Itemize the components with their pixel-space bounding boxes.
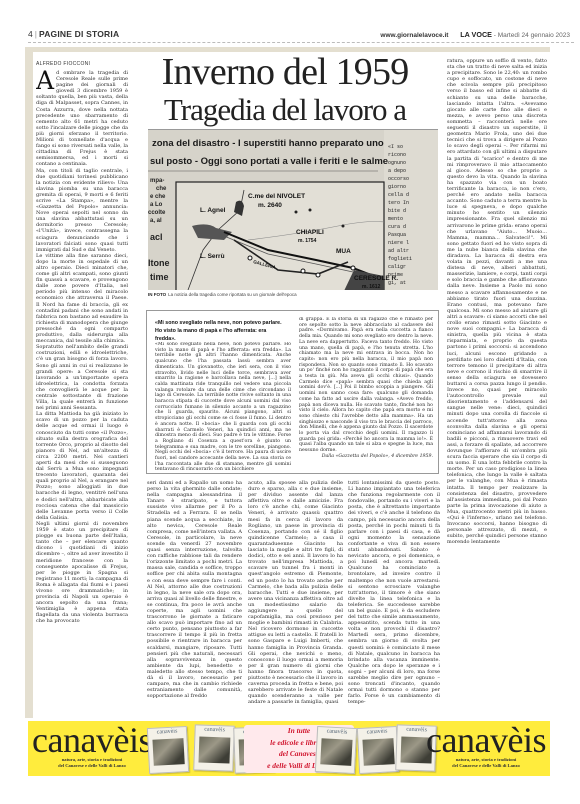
svg-text:bite d: bite d [388,208,406,214]
svg-text:ad altr: ad altr [388,248,409,254]
section-name: PAGINE DI STORIA [39,29,119,39]
magazine-cover: canavèis [357,726,399,774]
cover-photo [152,738,184,766]
svg-text:prime: prime [388,272,403,278]
cover-photo [198,736,230,763]
svg-text:acl: acl [150,232,163,242]
svg-text:cura d: cura d [388,224,406,230]
article-column-2: seri danni ed a Rapallo un uomo ha perso… [147,480,242,718]
clip-headline-2: sul posto - Oggi sono portati a valle i … [150,156,388,167]
svg-text:ltone: ltone [148,258,170,268]
historic-newspaper-photo: zona del disastro - I superstiti hanno p… [148,129,438,290]
svg-text:gi, at: gi, at [388,280,406,286]
sidebar-quote-box: «Mi sono svegliato nella neve, non potev… [146,310,439,474]
section-label: 4|PAGINE DI STORIA [28,29,119,39]
svg-text:e che: e che [150,194,166,200]
svg-text:ognuno: ognuno [388,160,406,166]
svg-text:L. Agnel: L. Agnel [200,207,226,214]
svg-text:a depo: a depo [388,168,406,174]
svg-text:ricono: ricono [388,152,406,158]
quote-headline: «Mi sono svegliato nella neve, non potev… [155,319,285,343]
byline: Alfredo Fiocconi [36,61,90,67]
brand-logo: canavèis [32,723,152,757]
svg-text:a, al: a, al [150,218,162,224]
drop-cap: A [36,71,54,91]
svg-text:giorno: giorno [388,184,406,190]
page-header: 4|PAGINE DI STORIA www.giornalelavoce.it… [28,29,574,43]
article-column-5: ratura, oppure un soffio di vento, fatto… [447,58,547,718]
svg-text:che: che [156,186,167,192]
site-url-link[interactable]: www.giornalelavoce.it [380,32,448,39]
article-column-1: Ad ombrare la tragedia di Ceresole Reale… [36,70,128,718]
caption-text: La notizia della tragedia come riportata… [168,292,296,297]
svg-text:caligr: caligr [388,264,406,270]
magazine-cover: canavèis [193,724,235,771]
quote-column-2: di grappa. È la storia di un ragazzo che… [299,317,433,470]
page-number: 4 [28,29,33,39]
photo-caption: IN FOTOLa notizia della tragedia come ri… [148,292,297,297]
svg-text:foglieti: foglieti [388,256,412,262]
svg-text:niere l: niere l [388,240,409,246]
svg-text:tero In: tero In [388,200,409,206]
article-column-4: tutti lontanissimi da questo posto. Li h… [348,480,440,718]
headline-line-1: Inverno del 1959 [130,50,440,94]
svg-text:a Lo: a Lo [150,202,163,208]
svg-text:«I so: «I so [388,144,403,150]
magazine-cover: canavèis [147,726,189,774]
paragraph: Sopratutto nell'ambito delle grandi cost… [36,344,128,411]
brand-logo: canavèis [426,723,546,757]
lead-paragraph: Ad ombrare la tragedia di Ceresole Reale… [36,70,128,168]
brand-right: canavèis natura, arte, storia e tradizio… [426,723,546,769]
magazine-cover: canavèis [315,726,357,774]
tagline-2: del Canavese e delle Valli di Lanzo [32,763,152,769]
svg-text:occorso: occorso [388,176,409,182]
svg-text:ccolte: ccolte [148,210,166,216]
cover-photo [320,738,352,766]
svg-text:m. 2640: m. 2640 [258,202,282,209]
svg-text:m. 1612: m. 1612 [362,284,381,290]
brand-left: canavèis natura, arte, storia e tradizio… [32,723,152,769]
svg-text:time: time [150,272,169,282]
canaveis-advert-banner[interactable]: canavèis natura, arte, storia e tradizio… [28,721,550,776]
paragraph: Ma, con titoli di taglio centrale, i due… [36,168,128,253]
tagline-2: del Canavese e delle Valli di Lanzo [426,763,546,769]
article-column-3: acuto, alla sposee alla pulizia delle du… [248,480,343,718]
quote-column-1: «Mi sono svegliato nella neve, non potev… [155,342,291,470]
paragraph: Negli ultimi giorni di novembre 1959 è s… [36,521,128,625]
svg-text:Pasqua: Pasqua [388,232,406,238]
paragraph: di grappa. È la storia di un ragazzo che… [299,317,433,454]
svg-text:CHIAPILI: CHIAPILI [296,229,324,236]
svg-text:cella d: cella d [388,192,409,198]
svg-text:MUA: MUA [336,248,351,255]
caption-label: IN FOTO [148,292,166,297]
svg-text:mpa-: mpa- [150,178,164,184]
svg-text:mento: mento [388,216,403,222]
issue-date: Martedì 24 gennaio 2023 [498,32,570,39]
svg-text:L. Serrù: L. Serrù [200,253,225,260]
map-clipping-image: zona del disastro - I superstiti hanno p… [148,130,438,290]
cover-photo [362,738,394,766]
clip-headline-1: zona del disastro - I superstiti hanno p… [152,138,384,149]
svg-text:C.me del NIVOLET: C.me del NIVOLET [248,193,305,200]
paragraph: Le vittime alla fine saranno dieci, dopo… [36,253,128,344]
quote-source: Dalla «Gazzetta del Popolo», 4 dicembre … [299,454,433,460]
paragraph: La ditta Mattioda ha già iniziato lo sca… [36,411,128,521]
paper-name: LA VOCE [460,30,492,39]
svg-text:m. 1754: m. 1754 [298,238,317,244]
header-separator: | [35,29,37,39]
header-meta: www.giornalelavoce.it LA VOCE - Martedì … [380,30,570,39]
